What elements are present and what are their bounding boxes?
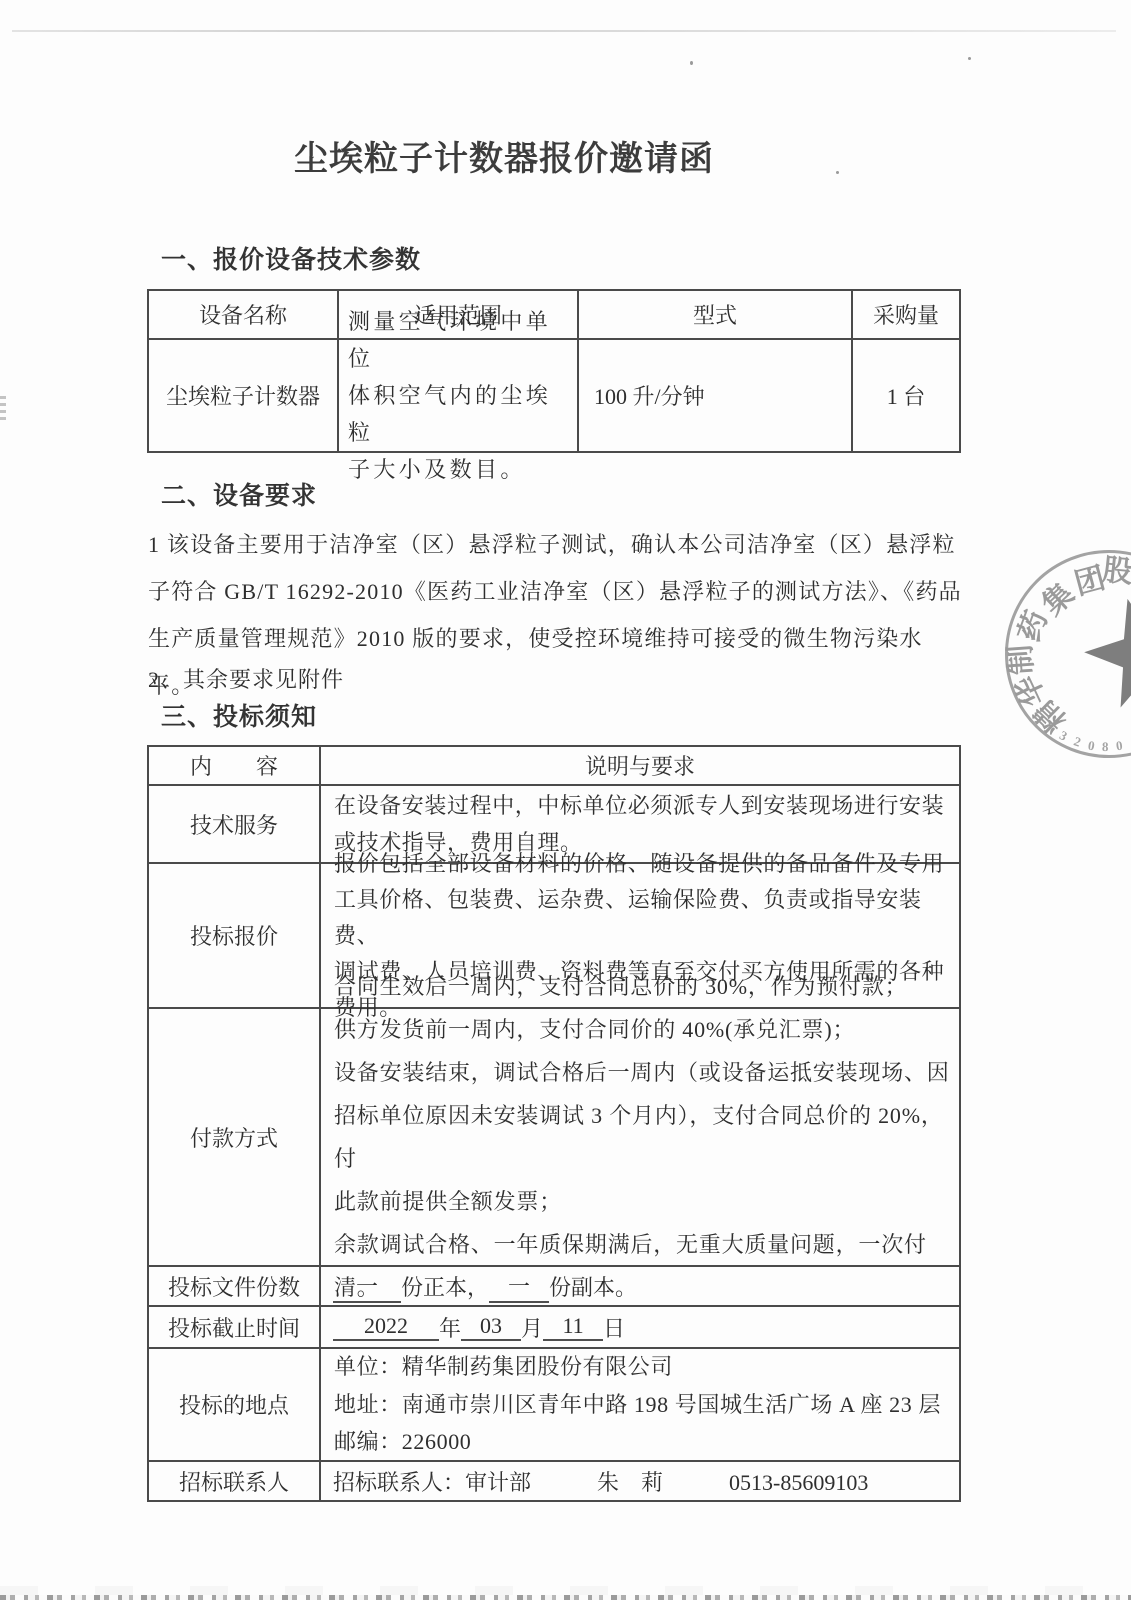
col-header-model: 型式 <box>579 291 853 340</box>
seal-arc-character: 药 <box>1008 603 1052 647</box>
paragraph-line: 子符合 GB/T 16292-2010《医药工业洁净室（区）悬浮粒子的测试方法》… <box>148 568 966 615</box>
row-label-deadline: 投标截止时间 <box>149 1307 321 1349</box>
seal-serial-digit: 0 <box>1115 738 1124 755</box>
cell-line: 报价包括全部设备材料的价格、随设备提供的备品备件及专用 <box>334 846 959 882</box>
copies-text: 份副本。 <box>549 1271 637 1302</box>
row-label-copies: 投标文件份数 <box>149 1267 321 1307</box>
col-header-device-name: 设备名称 <box>149 291 339 340</box>
blank-underline-month: 03 <box>461 1313 521 1341</box>
star-icon <box>1071 584 1131 722</box>
seal-arc-character: 精 <box>1024 694 1072 742</box>
row-label-bid-price: 投标报价 <box>149 864 321 1009</box>
paragraph-line: 1 该设备主要用于洁净室（区）悬浮粒子测试，确认本公司洁净室（区）悬浮粒 <box>148 521 966 568</box>
blank-underline-day: 11 <box>543 1313 603 1341</box>
copies-text: 份正本， <box>401 1271 489 1302</box>
deadline-unit: 月 <box>521 1312 543 1343</box>
row-label-tech-service: 技术服务 <box>149 786 321 864</box>
cell-line: 邮编：226000 <box>334 1423 959 1461</box>
blank-underline-duplicate-count: 一 <box>489 1270 549 1303</box>
notice-header-content: 内 容 <box>149 747 321 786</box>
seal-serial-digit: 0 <box>1087 738 1096 755</box>
seal-arc-character: 华 <box>1005 669 1050 714</box>
copies-cell: 一份正本，一份副本。 <box>321 1267 959 1307</box>
cell-line: 合同生效后一周内，支付合同总价的 30%，作为预付款； <box>334 965 959 1008</box>
row-label-contact: 招标联系人 <box>149 1462 321 1500</box>
seal-arc-character: 股 <box>1099 549 1131 586</box>
cell-line: 工具价格、包装费、运杂费、运输保险费、负责或指导安装费、 <box>334 882 959 954</box>
seal-circle <box>1005 550 1131 758</box>
scan-bottom-noise <box>0 1595 1131 1600</box>
section3-heading: 三、投标须知 <box>161 697 317 733</box>
cell-line: 体积空气内的尘埃粒 <box>348 377 571 451</box>
scope-cell: 测量空气环境中单位 体积空气内的尘埃粒 子大小及数目。 <box>339 340 579 451</box>
seal-arc-character: 团 <box>1068 557 1110 599</box>
quantity-cell: 1 台 <box>853 340 959 451</box>
cell-line: 单位：精华制药集团股份有限公司 <box>334 1348 959 1386</box>
cell-line: 地址：南通市崇川区青年中路 198 号国城生活广场 A 座 23 层 <box>334 1386 959 1424</box>
section2-heading: 二、设备要求 <box>161 476 317 512</box>
cell-line: 供方发货前一周内，支付合同价的 40%(承兑汇票)； <box>334 1008 959 1051</box>
scanned-document-page: 尘埃粒子计数器报价邀请函 一、报价设备技术参数 设备名称 适用范围 型式 采购量… <box>0 0 1131 1600</box>
device-name-cell: 尘埃粒子计数器 <box>149 340 339 451</box>
blank-underline-original-count: 一 <box>333 1270 401 1303</box>
scan-speck <box>690 61 693 65</box>
row-label-location: 投标的地点 <box>149 1349 321 1462</box>
paragraph-line: 生产质量管理规范》2010 版的要求，使受控环境维持可接受的微生物污染水平。 <box>148 615 966 709</box>
bidding-notice-table: 内 容 说明与要求 技术服务 在设备安装过程中，中标单位必须派专人到安装现场进行… <box>147 745 961 1502</box>
deadline-unit: 日 <box>603 1312 625 1343</box>
seal-serial-digit: 3 <box>1057 727 1070 744</box>
location-cell: 单位：精华制药集团股份有限公司 地址：南通市崇川区青年中路 198 号国城生活广… <box>321 1349 959 1462</box>
cell-line: 招标单位原因未安装调试 3 个月内），支付合同总价的 20%，付 <box>334 1094 959 1180</box>
deadline-unit: 年 <box>439 1312 461 1343</box>
cell-line: 设备安装结束，调试合格后一周内（或设备运抵安装现场、因 <box>334 1051 959 1094</box>
cell-line: 此款前提供全额发票； <box>334 1180 959 1223</box>
contact-cell: 招标联系人：审计部 朱 莉 0513-85609103 <box>321 1462 959 1500</box>
seal-serial-digit: 2 <box>1072 733 1083 750</box>
cell-line: 测量空气环境中单位 <box>348 303 571 377</box>
seal-serial-digit: 8 <box>1102 739 1109 755</box>
scan-edge-line <box>12 30 1116 32</box>
notice-header-description: 说明与要求 <box>321 747 959 786</box>
blank-underline-year: 2022 <box>333 1313 439 1341</box>
cell-line: 子大小及数目。 <box>348 451 526 488</box>
payment-cell: 合同生效后一周内，支付合同总价的 30%，作为预付款； 供方发货前一周内，支付合… <box>321 1009 959 1267</box>
col-header-quantity: 采购量 <box>853 291 959 340</box>
seal-arc-character: 制 <box>1000 642 1036 678</box>
seal-arc-character: 集 <box>1032 573 1080 621</box>
scan-bottom-smudge <box>0 1586 1131 1595</box>
model-cell: 100 升/分钟 <box>579 340 853 451</box>
deadline-cell: 2022年03月11日 <box>321 1307 959 1349</box>
cell-line: 在设备安装过程中，中标单位必须派专人到安装现场进行安装 <box>334 787 959 824</box>
scan-edge-noise <box>0 396 6 422</box>
scan-speck <box>968 57 971 60</box>
requirements-item2: 2、其余要求见附件 <box>148 663 344 694</box>
section1-heading: 一、报价设备技术参数 <box>161 240 421 276</box>
equipment-parameters-table: 设备名称 适用范围 型式 采购量 尘埃粒子计数器 测量空气环境中单位 体积空气内… <box>147 289 961 453</box>
row-label-payment: 付款方式 <box>149 1009 321 1267</box>
document-title: 尘埃粒子计数器报价邀请函 <box>0 131 1008 180</box>
